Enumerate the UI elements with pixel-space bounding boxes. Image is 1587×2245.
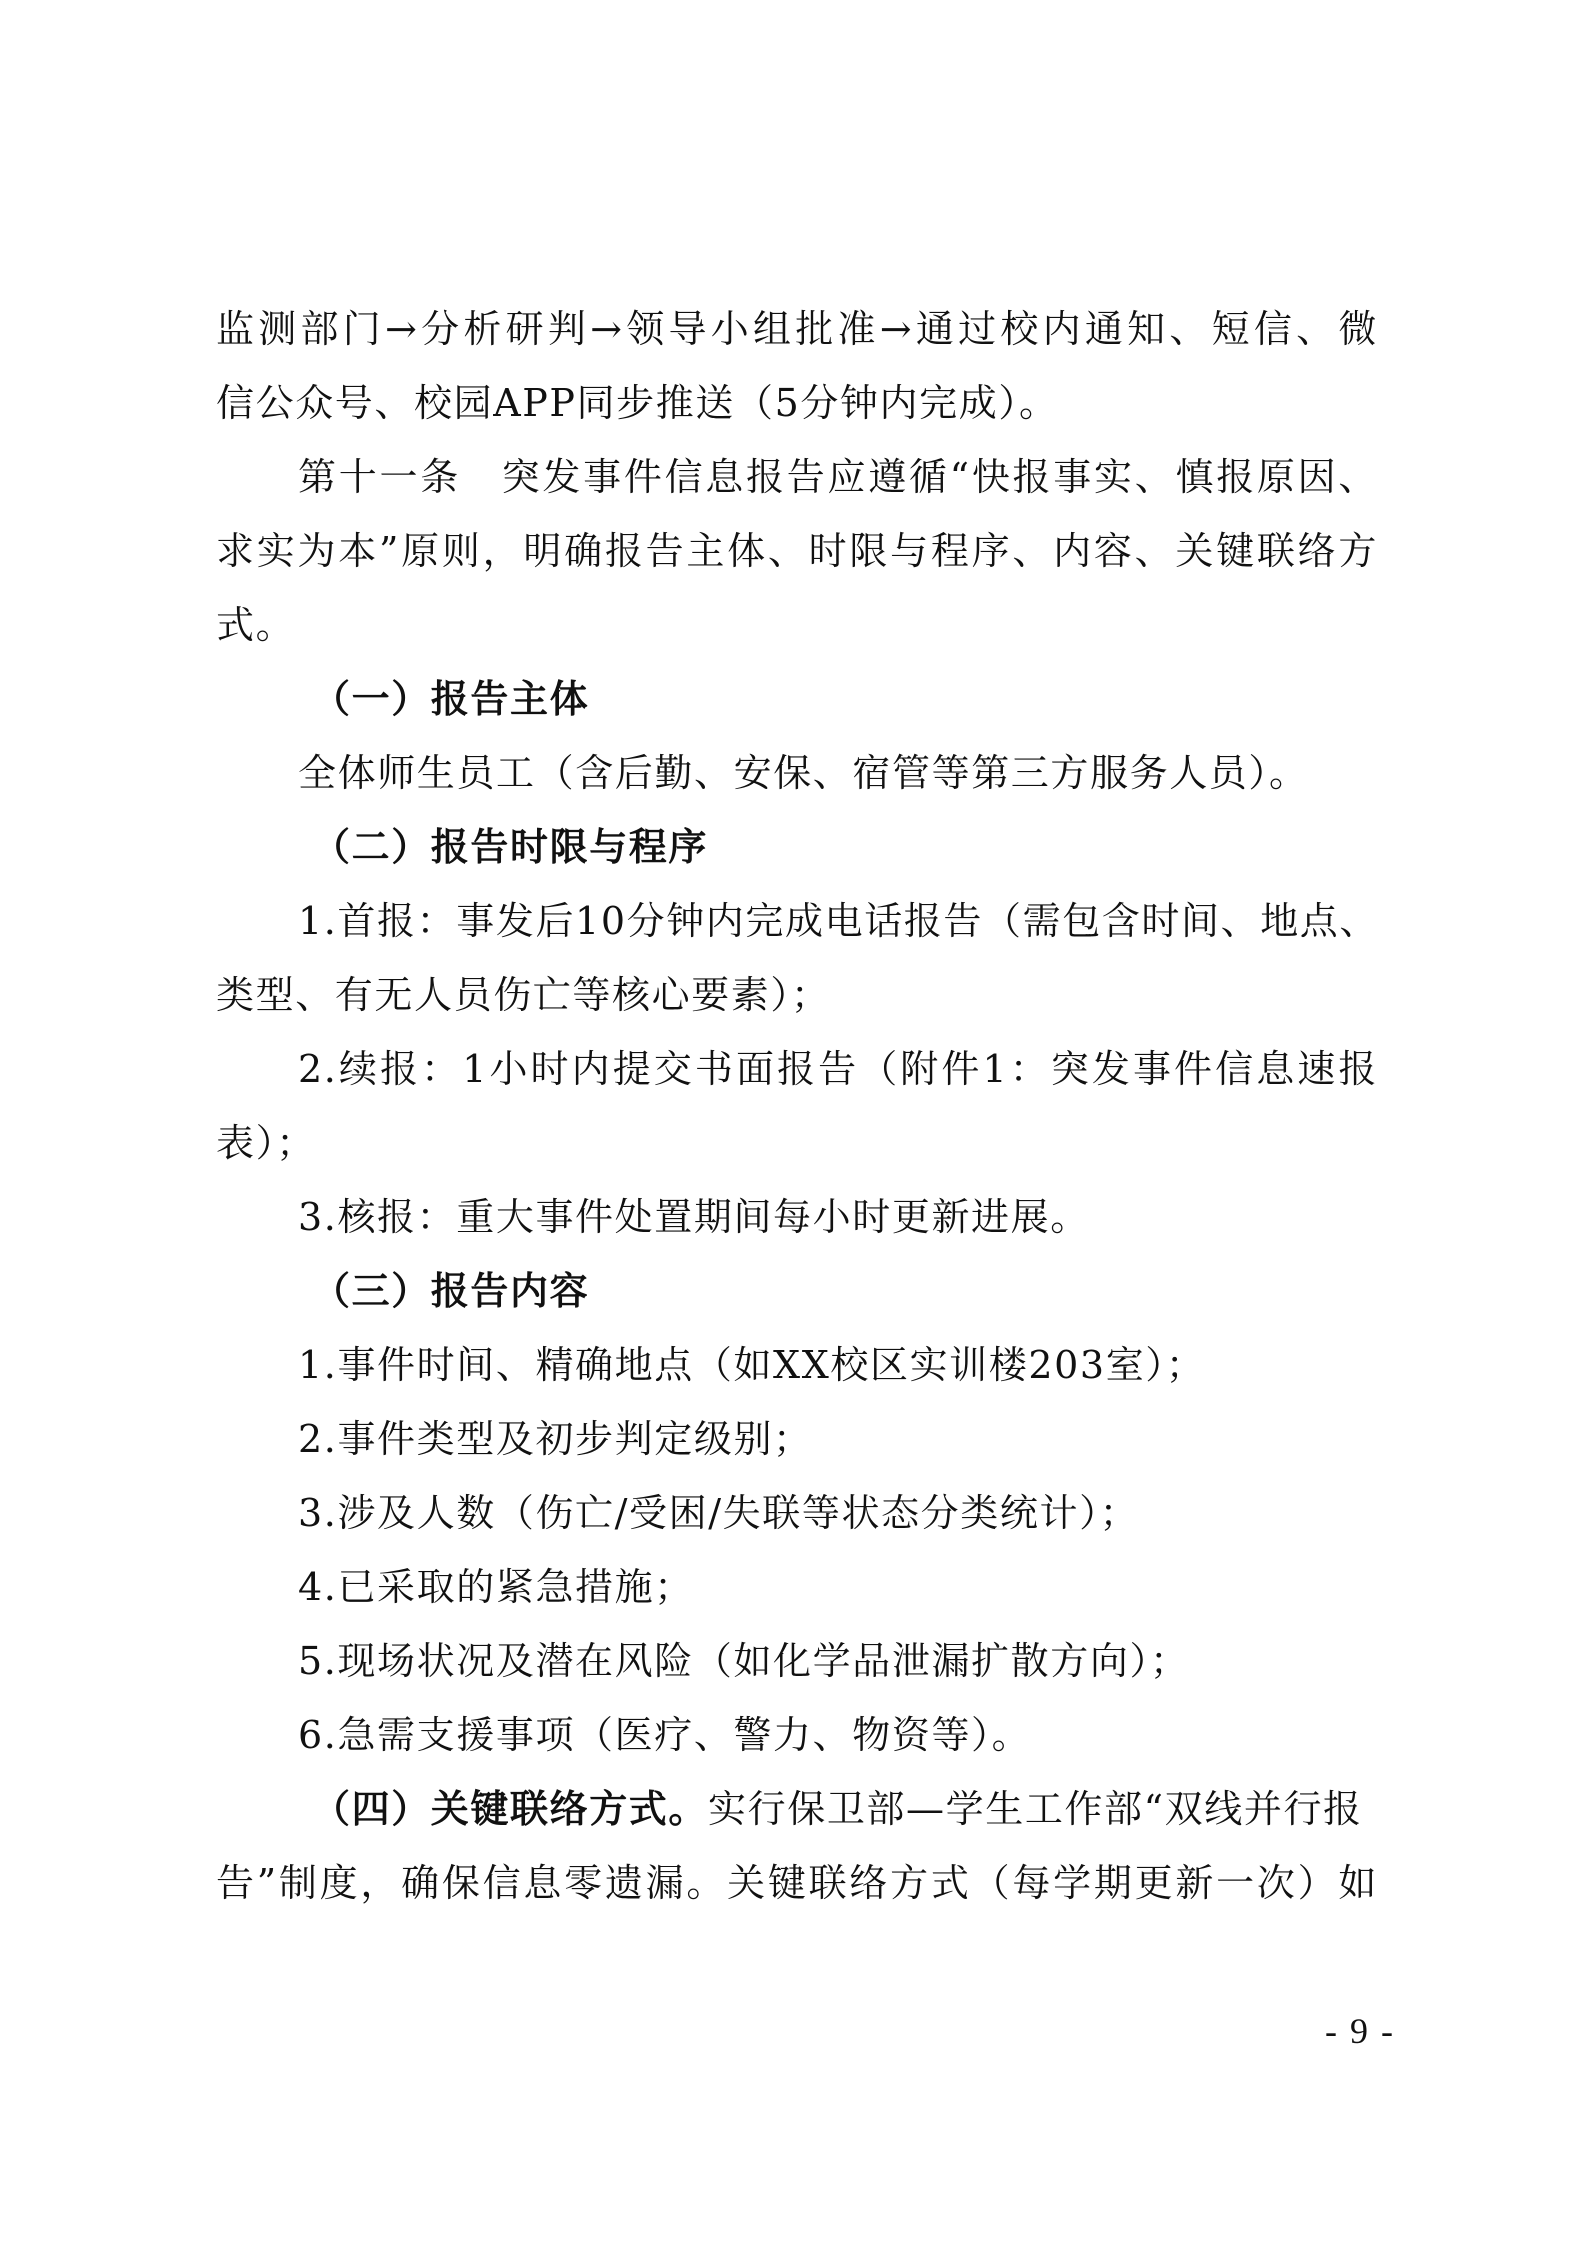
paragraph-line: 告”制度，确保信息零遗漏。关键联络方式（每学期更新一次）如 [216, 1846, 1378, 1920]
document-page: 监测部门→分析研判→领导小组批准→通过校内通知、短信、微 信公众号、校园APP同… [216, 292, 1378, 1920]
section-4-line: （四）关键联络方式。实行保卫部—学生工作部“双线并行报 [216, 1772, 1378, 1846]
paragraph-line: 求实为本”原则，明确报告主体、时限与程序、内容、关键联络方 [216, 514, 1378, 588]
list-item: 3.涉及人数（伤亡/受困/失联等状态分类统计）； [216, 1476, 1378, 1550]
list-item: 6.急需支援事项（医疗、警力、物资等）。 [216, 1698, 1378, 1772]
list-item: 1.事件时间、精确地点（如XX校区实训楼203室）； [216, 1328, 1378, 1402]
paragraph-line: 式。 [216, 588, 1378, 662]
list-item: 2.续报：1小时内提交书面报告（附件1：突发事件信息速报 [216, 1032, 1378, 1106]
list-item-continuation: 表）； [216, 1106, 1378, 1180]
list-item: 2.事件类型及初步判定级别； [216, 1402, 1378, 1476]
list-item: 4.已采取的紧急措施； [216, 1550, 1378, 1624]
section-heading-3: （三）报告内容 [216, 1254, 1378, 1328]
list-item-continuation: 类型、有无人员伤亡等核心要素）； [216, 958, 1378, 1032]
list-item: 3.核报：重大事件处置期间每小时更新进展。 [216, 1180, 1378, 1254]
section-heading-2: （二）报告时限与程序 [216, 810, 1378, 884]
paragraph-line: 信公众号、校园APP同步推送（5分钟内完成）。 [216, 366, 1378, 440]
list-item: 5.现场状况及潜在风险（如化学品泄漏扩散方向）； [216, 1624, 1378, 1698]
section-heading-1: （一）报告主体 [216, 662, 1378, 736]
paragraph-text: 实行保卫部—学生工作部“双线并行报 [708, 1787, 1363, 1831]
paragraph-line: 监测部门→分析研判→领导小组批准→通过校内通知、短信、微 [216, 292, 1378, 366]
paragraph-line: 全体师生员工（含后勤、安保、宿管等第三方服务人员）。 [216, 736, 1378, 810]
page-number: - 9 - [1325, 2010, 1395, 2052]
list-item: 1.首报：事发后10分钟内完成电话报告（需包含时间、地点、 [216, 884, 1378, 958]
article-11-line: 第十一条 突发事件信息报告应遵循“快报事实、慎报原因、 [216, 440, 1378, 514]
section-heading-4: （四）关键联络方式。 [312, 1786, 708, 1831]
